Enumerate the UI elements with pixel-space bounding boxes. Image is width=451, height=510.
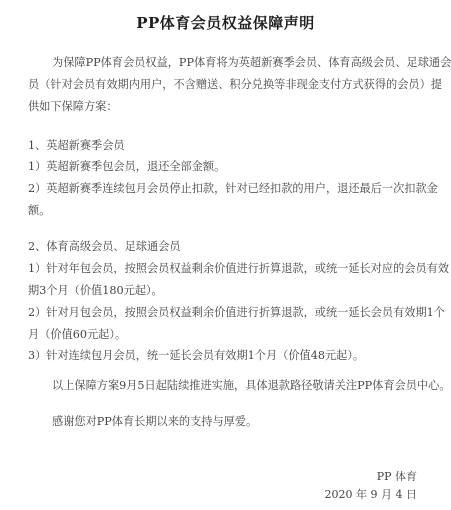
section2-item-3: 3）针对连续包月会员，统一延长会员有效期1个月（价值48元起）。: [28, 349, 364, 363]
intro-line-1: 为保障PP体育会员权益，PP体育将为英超新赛季会员、体育高级会员、足球通会: [52, 56, 451, 70]
section1-heading: 1、英超新赛季会员: [28, 139, 125, 153]
section2-item-1-cont: 期3个月（价值180元起）。: [28, 284, 163, 298]
intro-line-2: 员（针对会员有效期内用户，不含赠送、积分兑换等非现金支付方式获得的会员）提: [28, 78, 442, 92]
section1-item-2-cont: 额。: [28, 204, 50, 218]
document-title: PP体育会员权益保障声明: [0, 12, 451, 33]
section1-item-1: 1）英超新赛季包会员，退还全部金额。: [28, 160, 225, 174]
section2-item-2-cont: 月（价值60元起）。: [28, 328, 126, 342]
closing-text: 以上保障方案9月5日起陆续推进实施，具体退款路径敬请关注PP体育会员中心。: [52, 379, 450, 393]
intro-line-3: 供如下保障方案：: [28, 100, 118, 114]
section2-heading: 2、体育高级会员、足球通会员: [28, 240, 181, 254]
signature-date: 2020 年 9 月 4 日: [325, 486, 417, 502]
section2-item-2: 2）针对月包会员，按照会员权益剩余价值进行折算退款，或统一延长会员有效期1个: [28, 306, 445, 320]
signature-org: PP 体育: [377, 468, 417, 484]
thanks-text: 感谢您对PP体育长期以来的支持与厚爱。: [52, 415, 257, 429]
section2-item-1: 1）针对年包会员，按照会员权益剩余价值进行折算退款，或统一延长对应的会员有效: [28, 262, 449, 276]
statement-document: PP体育会员权益保障声明 为保障PP体育会员权益，PP体育将为英超新赛季会员、体…: [0, 0, 451, 510]
section1-item-2: 2）英超新赛季连续包月会员停止扣款，针对已经扣款的用户，退还最后一次扣款金: [28, 182, 438, 196]
